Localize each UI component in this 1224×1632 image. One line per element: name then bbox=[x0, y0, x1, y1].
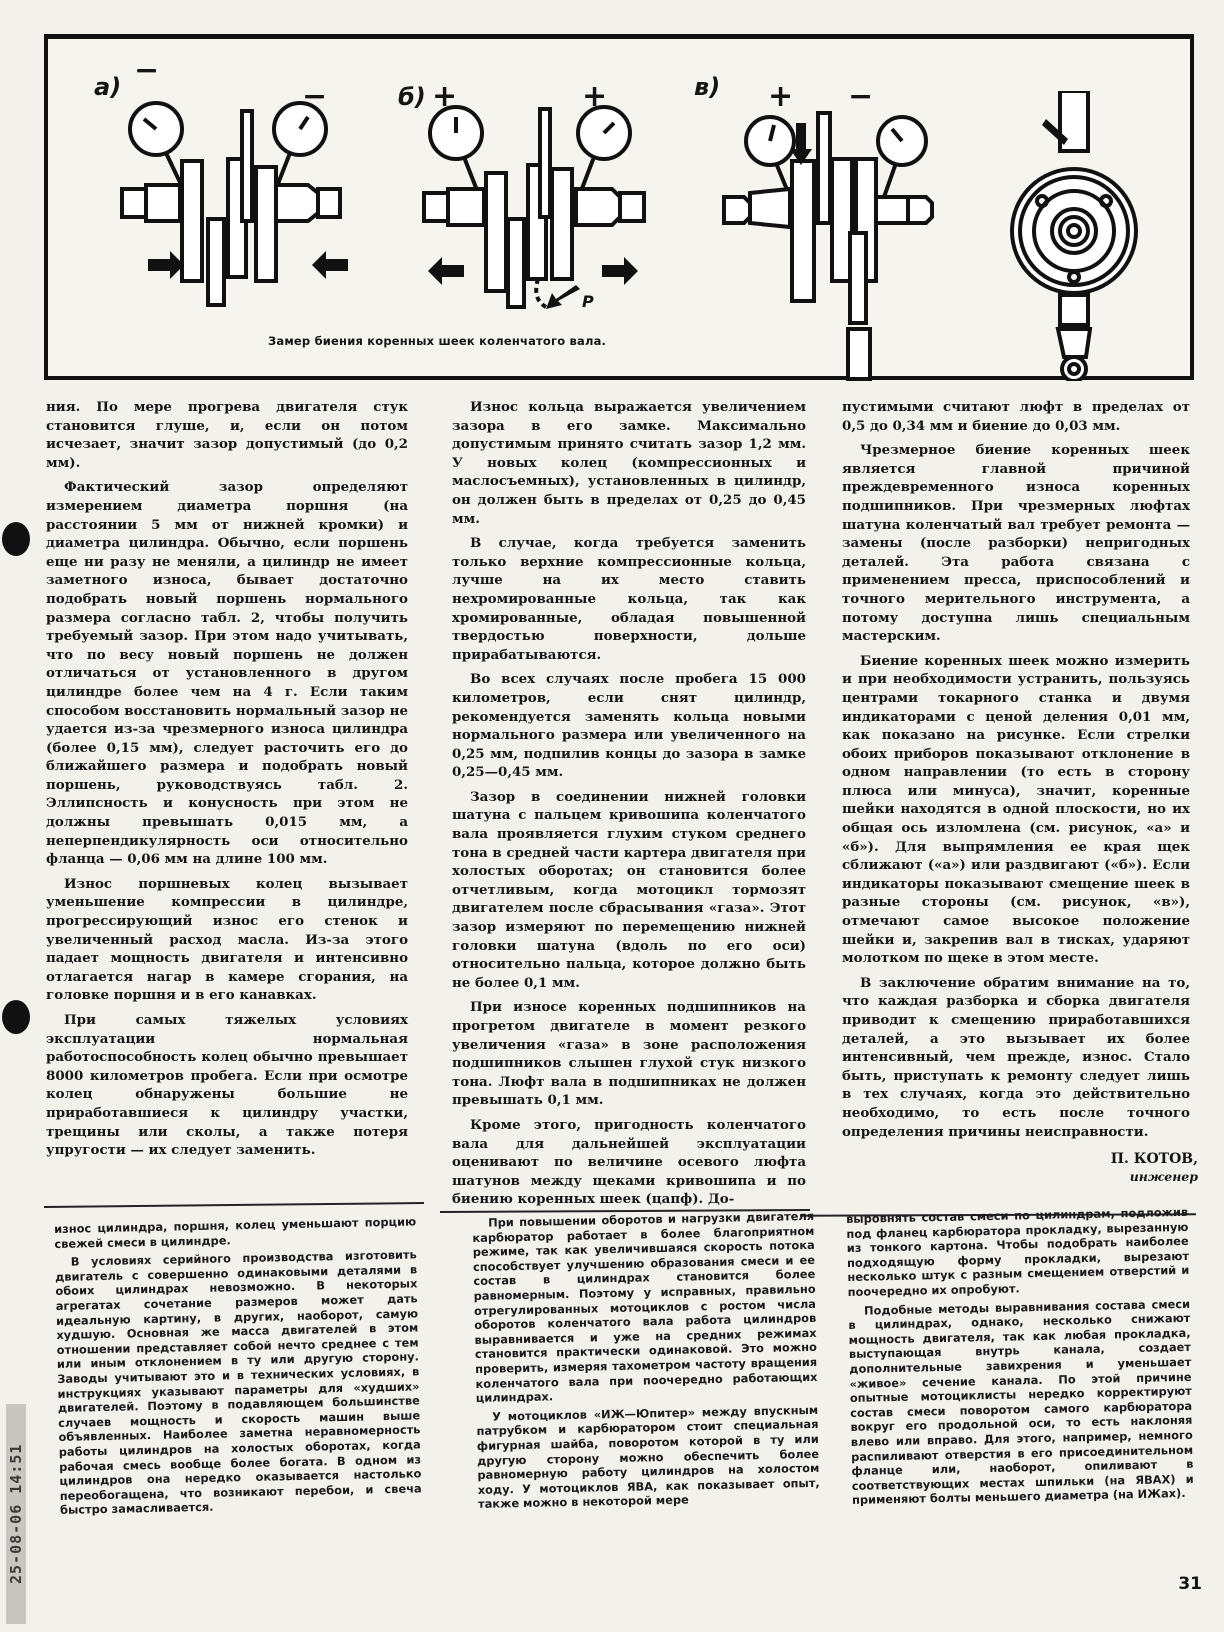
figure-caption: Замер биения коренных шеек коленчатого в… bbox=[268, 334, 606, 348]
lower-article-column-2: При повышении оборотов и нагрузки двигат… bbox=[472, 1209, 820, 1516]
paragraph: В случае, когда требуется заменить тольк… bbox=[452, 534, 806, 664]
paragraph: Подобные методы выравнивания состава сме… bbox=[848, 1296, 1194, 1507]
paragraph: При самых тяжелых условиях эксплуатации … bbox=[46, 1011, 408, 1160]
paragraph: выровнять состав смеси по цилиндрам, под… bbox=[846, 1205, 1190, 1300]
page-number: 31 bbox=[1178, 1574, 1202, 1594]
flywheel-connecting-rod-icon bbox=[1006, 91, 1156, 381]
punch-hole-mark bbox=[2, 522, 30, 556]
paragraph: Износ кольца выражается увеличением зазо… bbox=[452, 398, 806, 528]
paragraph: При износе коренных подшипников на прогр… bbox=[452, 998, 806, 1110]
crankshaft-diagram-v-icon bbox=[720, 93, 970, 383]
section-divider bbox=[44, 1202, 424, 1208]
paragraph: В заключение обратим внимание на то, что… bbox=[842, 974, 1190, 1141]
crankshaft-diagram-a-icon bbox=[118, 89, 348, 309]
lower-article-column-1: износ цилиндра, поршня, колец уменьшают … bbox=[54, 1214, 422, 1521]
paragraph: Зазор в соединении нижней головки шатуна… bbox=[452, 788, 806, 993]
paragraph: ния. По мере прогрева двигателя стук ста… bbox=[46, 398, 408, 472]
article-column-2: Износ кольца выражается увеличением зазо… bbox=[452, 398, 806, 1215]
article-signature: П. КОТОВ, инженер bbox=[1111, 1150, 1198, 1186]
article-column-3: пустимыми считают люфт в пределах от 0,5… bbox=[842, 398, 1190, 1147]
paragraph: износ цилиндра, поршня, колец уменьшают … bbox=[54, 1214, 417, 1251]
paragraph: Фактический зазор определяют измерением … bbox=[46, 478, 408, 868]
figure-label-v: в) bbox=[694, 73, 720, 101]
paragraph: Чрезмерное биение коренных шеек является… bbox=[842, 441, 1190, 646]
crankshaft-diagram-b-icon: P bbox=[416, 89, 656, 309]
punch-hole-mark bbox=[2, 1000, 30, 1034]
paragraph: У мотоциклов «ИЖ—Юпитер» между впускным … bbox=[476, 1403, 820, 1512]
sign-a-left: − bbox=[134, 53, 159, 88]
paragraph: Во всех случаях после пробега 15 000 кил… bbox=[452, 670, 806, 782]
article-column-1: ния. По мере прогрева двигателя стук ста… bbox=[46, 398, 408, 1166]
figure-crankshaft-runout: а) − − б) + + в) + − bbox=[44, 34, 1194, 380]
paragraph: Биение коренных шеек можно измерить и пр… bbox=[842, 652, 1190, 968]
paragraph: В условиях серийного производства изгото… bbox=[55, 1248, 422, 1518]
paragraph: Износ поршневых колец вызывает уменьшени… bbox=[46, 875, 408, 1005]
force-label-p: P bbox=[582, 292, 594, 309]
author-role: инженер bbox=[1111, 1168, 1198, 1186]
paragraph: пустимыми считают люфт в пределах от 0,5… bbox=[842, 398, 1190, 435]
scan-date-stamp: 25-08-06 14:51 bbox=[6, 1404, 26, 1624]
paragraph: При повышении оборотов и нагрузки двигат… bbox=[472, 1209, 818, 1406]
lower-article-column-3: выровнять состав смеси по цилиндрам, под… bbox=[846, 1205, 1194, 1512]
paragraph: Кроме этого, пригодность коленчатого вал… bbox=[452, 1116, 806, 1209]
author-name: П. КОТОВ, bbox=[1111, 1150, 1198, 1168]
